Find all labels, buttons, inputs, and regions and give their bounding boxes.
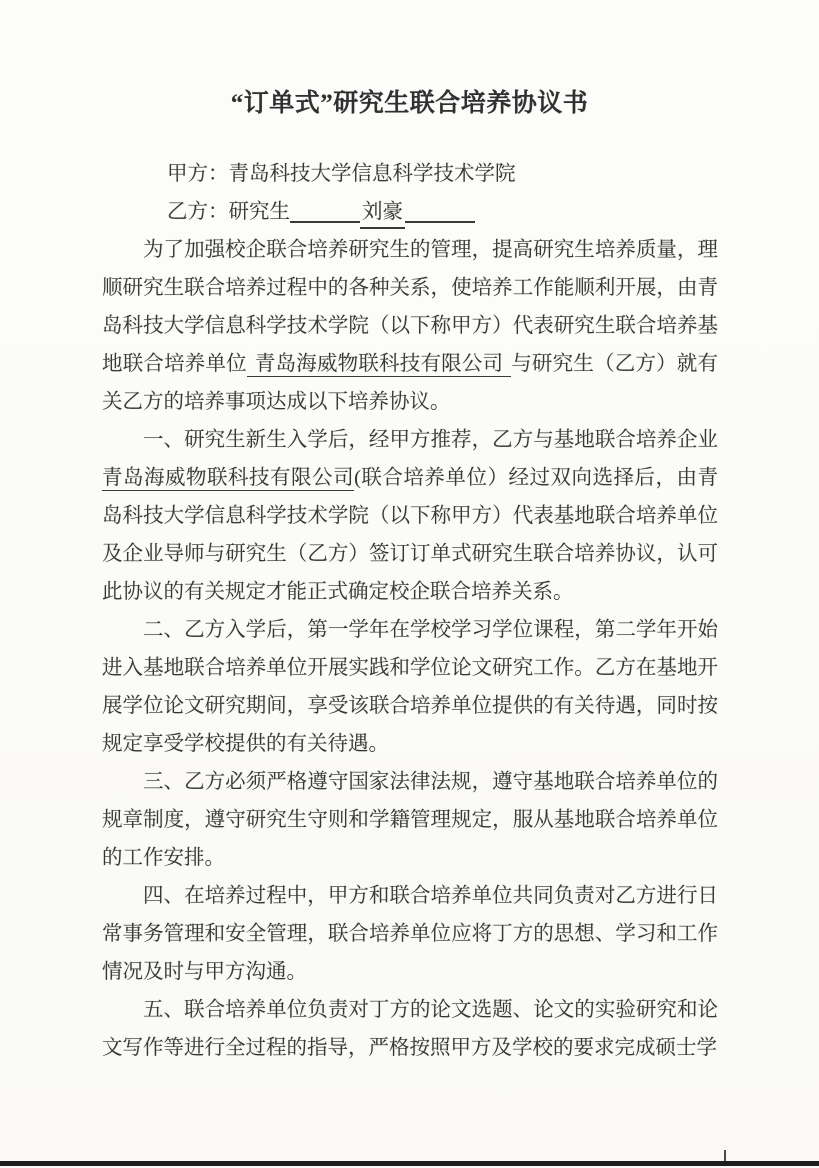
company-name-underlined-2: 青岛海威物联科技有限公司: [102, 467, 354, 491]
scan-bottom-edge: [0, 1161, 819, 1166]
clause-1-text-before: 一、研究生新生入学后，经甲方推荐，乙方与基地联合培养企业: [143, 429, 718, 451]
document-body: 甲方：青岛科技大学信息科学技术学院 乙方：研究生刘豪 为了加强校企联合培养研究生…: [102, 155, 718, 1067]
document-page: “订单式”研究生联合培养协议书 甲方：青岛科技大学信息科学技术学院 乙方：研究生…: [0, 0, 819, 1168]
party-a-value: 青岛科技大学信息科学技术学院: [229, 163, 516, 185]
document-title: “订单式”研究生联合培养协议书: [0, 86, 819, 122]
clause-1-paragraph: 一、研究生新生入学后，经甲方推荐，乙方与基地联合培养企业青岛海威物联科技有限公司…: [102, 421, 718, 611]
company-name-underlined: 青岛海威物联科技有限公司: [247, 353, 511, 377]
party-a-label: 甲方：: [167, 163, 229, 185]
party-b-line: 乙方：研究生刘豪: [102, 193, 718, 231]
party-a-line: 甲方：青岛科技大学信息科学技术学院: [102, 155, 718, 193]
party-b-underline-blank-left: [290, 199, 360, 223]
party-b-underline-blank-right: [405, 199, 475, 223]
party-b-prefix: 研究生: [229, 201, 291, 223]
clause-4-paragraph: 四、在培养过程中，甲方和联合培养单位共同负责对乙方进行日常事务管理和安全管理，联…: [102, 877, 718, 991]
clause-2-paragraph: 二、乙方入学后，第一学年在学校学习学位课程，第二学年开始进入基地联合培养单位开展…: [102, 611, 718, 763]
intro-paragraph: 为了加强校企联合培养研究生的管理，提高研究生培养质量，理顺研究生联合培养过程中的…: [102, 231, 718, 421]
party-b-name: 刘豪: [360, 201, 405, 229]
party-b-label: 乙方：: [167, 201, 229, 223]
clause-5-paragraph: 五、联合培养单位负责对丁方的论文选题、论文的实验研究和论文写作等进行全过程的指导…: [102, 991, 718, 1067]
clause-3-paragraph: 三、乙方必须严格遵守国家法律法规，遵守基地联合培养单位的规章制度，遵守研究生守则…: [102, 763, 718, 877]
